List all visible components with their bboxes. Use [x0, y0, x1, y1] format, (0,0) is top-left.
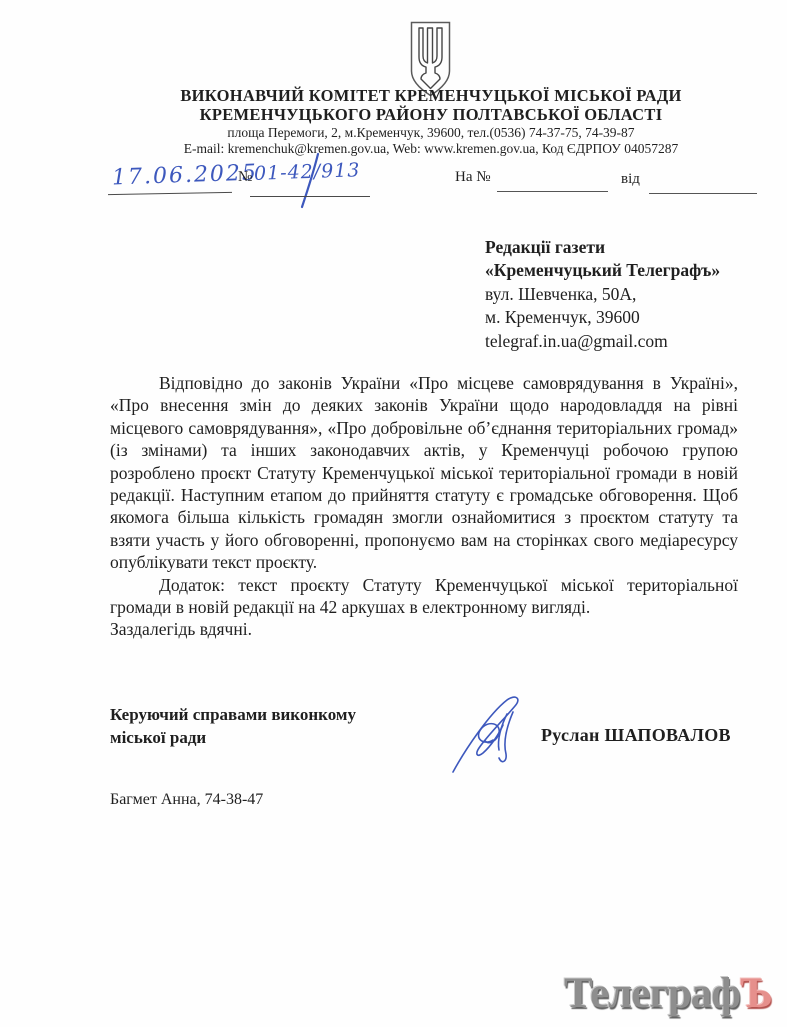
handwritten-signature [449, 692, 537, 776]
org-address: площа Перемоги, 2, м.Кременчук, 39600, т… [60, 125, 787, 141]
watermark-gray-text: Телеграф [564, 970, 740, 1017]
signer-name: Руслан ШАПОВАЛОВ [541, 725, 731, 746]
reply-date-underline [649, 193, 757, 194]
org-name-line1: ВИКОНАВЧИЙ КОМІТЕТ КРЕМЕНЧУЦЬКОЇ МІСЬКОЇ… [60, 86, 787, 106]
number-sign-label: № [238, 169, 252, 186]
body-paragraph-2: Додаток: текст проєкту Статуту Кременчуц… [110, 574, 738, 619]
recipient-email: telegraf.in.ua@gmail.com [485, 330, 720, 353]
scanned-letter-page: ВИКОНАВЧИЙ КОМІТЕТ КРЕМЕНЧУЦЬКОЇ МІСЬКОЇ… [0, 0, 787, 1027]
recipient-line: «Кременчуцький Телеграфъ» [485, 259, 720, 282]
number-underline [250, 196, 370, 197]
signer-position: Керуючий справами виконкому міської ради [110, 703, 356, 749]
org-contacts: E-mail: kremenchuk@kremen.gov.ua, Web: w… [60, 141, 787, 157]
letter-body: Відповідно до законів України «Про місце… [110, 372, 738, 641]
reply-number-label: На № [455, 169, 491, 186]
recipient-line: вул. Шевченка, 50А, [485, 283, 720, 306]
recipient-block: Редакції газети «Кременчуцький Телеграфъ… [485, 236, 720, 353]
org-name-line2: КРЕМЕНЧУЦЬКОГО РАЙОНУ ПОЛТАВСЬКОЇ ОБЛАСТ… [60, 105, 787, 125]
signer-position-line1: Керуючий справами виконкому [110, 703, 356, 726]
watermark-red-letter: Ъ [740, 970, 772, 1017]
body-paragraph-1: Відповідно до законів України «Про місце… [110, 372, 738, 574]
reply-date-label: від [621, 171, 640, 188]
signer-position-line2: міської ради [110, 726, 356, 749]
contact-person: Багмет Анна, 74-38-47 [110, 791, 263, 809]
date-underline [108, 192, 232, 195]
handwritten-slash-stroke [299, 152, 321, 210]
closing-line: Заздалегідь вдячні. [110, 618, 738, 640]
outgoing-date-handwritten: 17.06.2025 [112, 160, 259, 190]
newspaper-watermark: ТелеграфЪ [564, 969, 772, 1018]
recipient-line: м. Кременчук, 39600 [485, 306, 720, 329]
recipient-line: Редакції газети [485, 236, 720, 259]
reply-number-underline [497, 191, 608, 192]
